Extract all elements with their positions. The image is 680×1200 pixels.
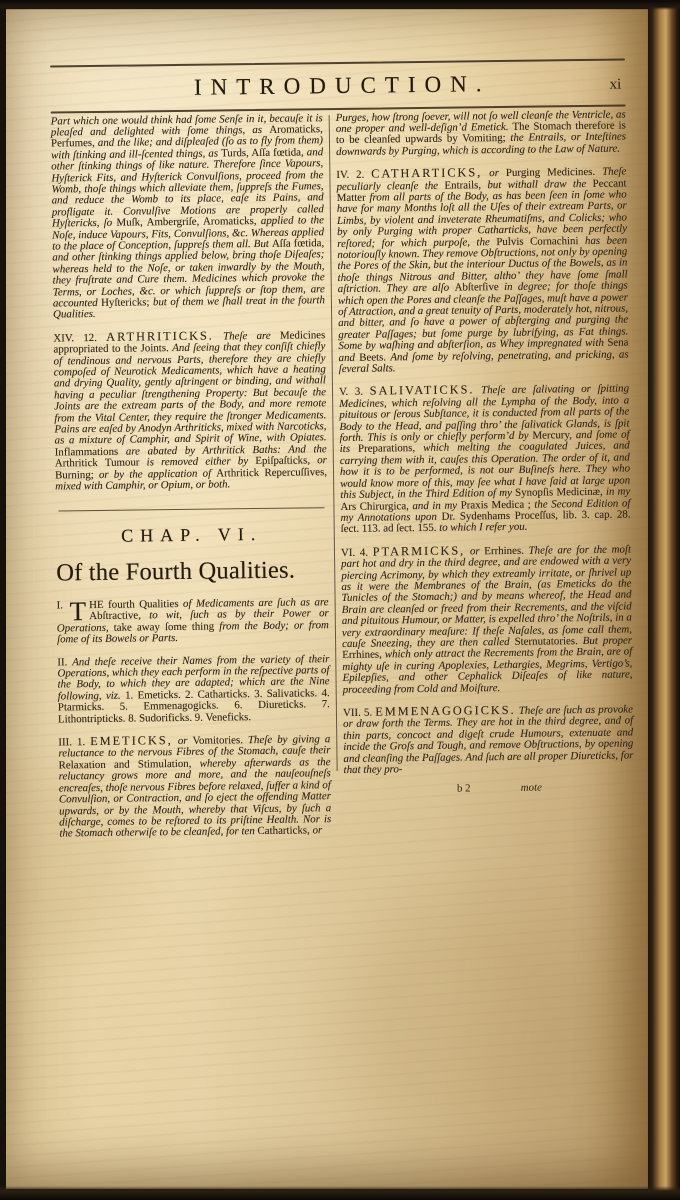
paragraph-emeticks-continuation: Purges, how ſtrong ſoever, will not ſo w…: [336, 109, 627, 158]
paragraph-i-number: I.: [57, 600, 63, 611]
two-column-text: Part which one would think had ſome Senſ…: [51, 109, 635, 848]
page-number: xi: [610, 76, 622, 93]
paragraph-iii-emeticks: III. 1. EMETICKS, or Vomitories. Theſe b…: [58, 733, 331, 840]
right-column: Purges, how ſtrong ſoever, will not ſo w…: [336, 109, 635, 845]
paragraph-i-text: HE fourth Qualities of Medicaments are ſ…: [57, 596, 329, 646]
paragraph-i: I. THE fourth Qualities of Medicaments a…: [57, 597, 330, 646]
running-title: INTRODUCTION.: [185, 71, 491, 101]
chapter-title: Of the Fourth Qualities.: [56, 556, 328, 587]
text-block: INTRODUCTION. xi Part which one would th…: [50, 58, 635, 848]
paragraph-ii-nine-classes: II. And theſe receive their Names from t…: [57, 654, 330, 726]
paragraph-iv-catharticks: IV. 2. CATHARTICKS, or Purging Medicines…: [336, 166, 628, 376]
chapter-heading: CHAP. VI.: [56, 523, 328, 547]
page-header: INTRODUCTION. xi: [50, 58, 626, 113]
paragraph-hystericks-continuation: Part which one would think had ſome Senſ…: [51, 113, 325, 322]
header-row: INTRODUCTION. xi: [50, 62, 625, 111]
paragraph-v-salivaticks: V. 3. SALIVATICKS. Theſe are ſalivating …: [339, 383, 631, 536]
scan-border-top: [0, 0, 680, 10]
paragraph-vi-ptarmicks: VI. 4. PTARMICKS, or Errhines. Theſe are…: [341, 543, 633, 696]
left-column: Part which one would think had ſome Senſ…: [51, 113, 332, 848]
scan-border-bottom: [0, 1186, 680, 1200]
catchword: mote: [521, 782, 542, 794]
signature-mark: b 2: [457, 783, 471, 795]
signature-row: b 2 mote: [344, 781, 634, 798]
chapter-divider-rule: [58, 507, 324, 512]
paragraph-vii-emmenagogicks: VII. 5. EMMENAGOGICKS. Theſe are ſuch as…: [343, 703, 634, 776]
book-page-scan: INTRODUCTION. xi Part which one would th…: [0, 0, 680, 1200]
paragraph-xiv-arthriticks: XIV. 12. ARTHRITICKS. Theſe are Medicine…: [53, 329, 327, 493]
page-edge-strip: [646, 0, 680, 1200]
dropcap-letter-t: T: [70, 601, 87, 622]
